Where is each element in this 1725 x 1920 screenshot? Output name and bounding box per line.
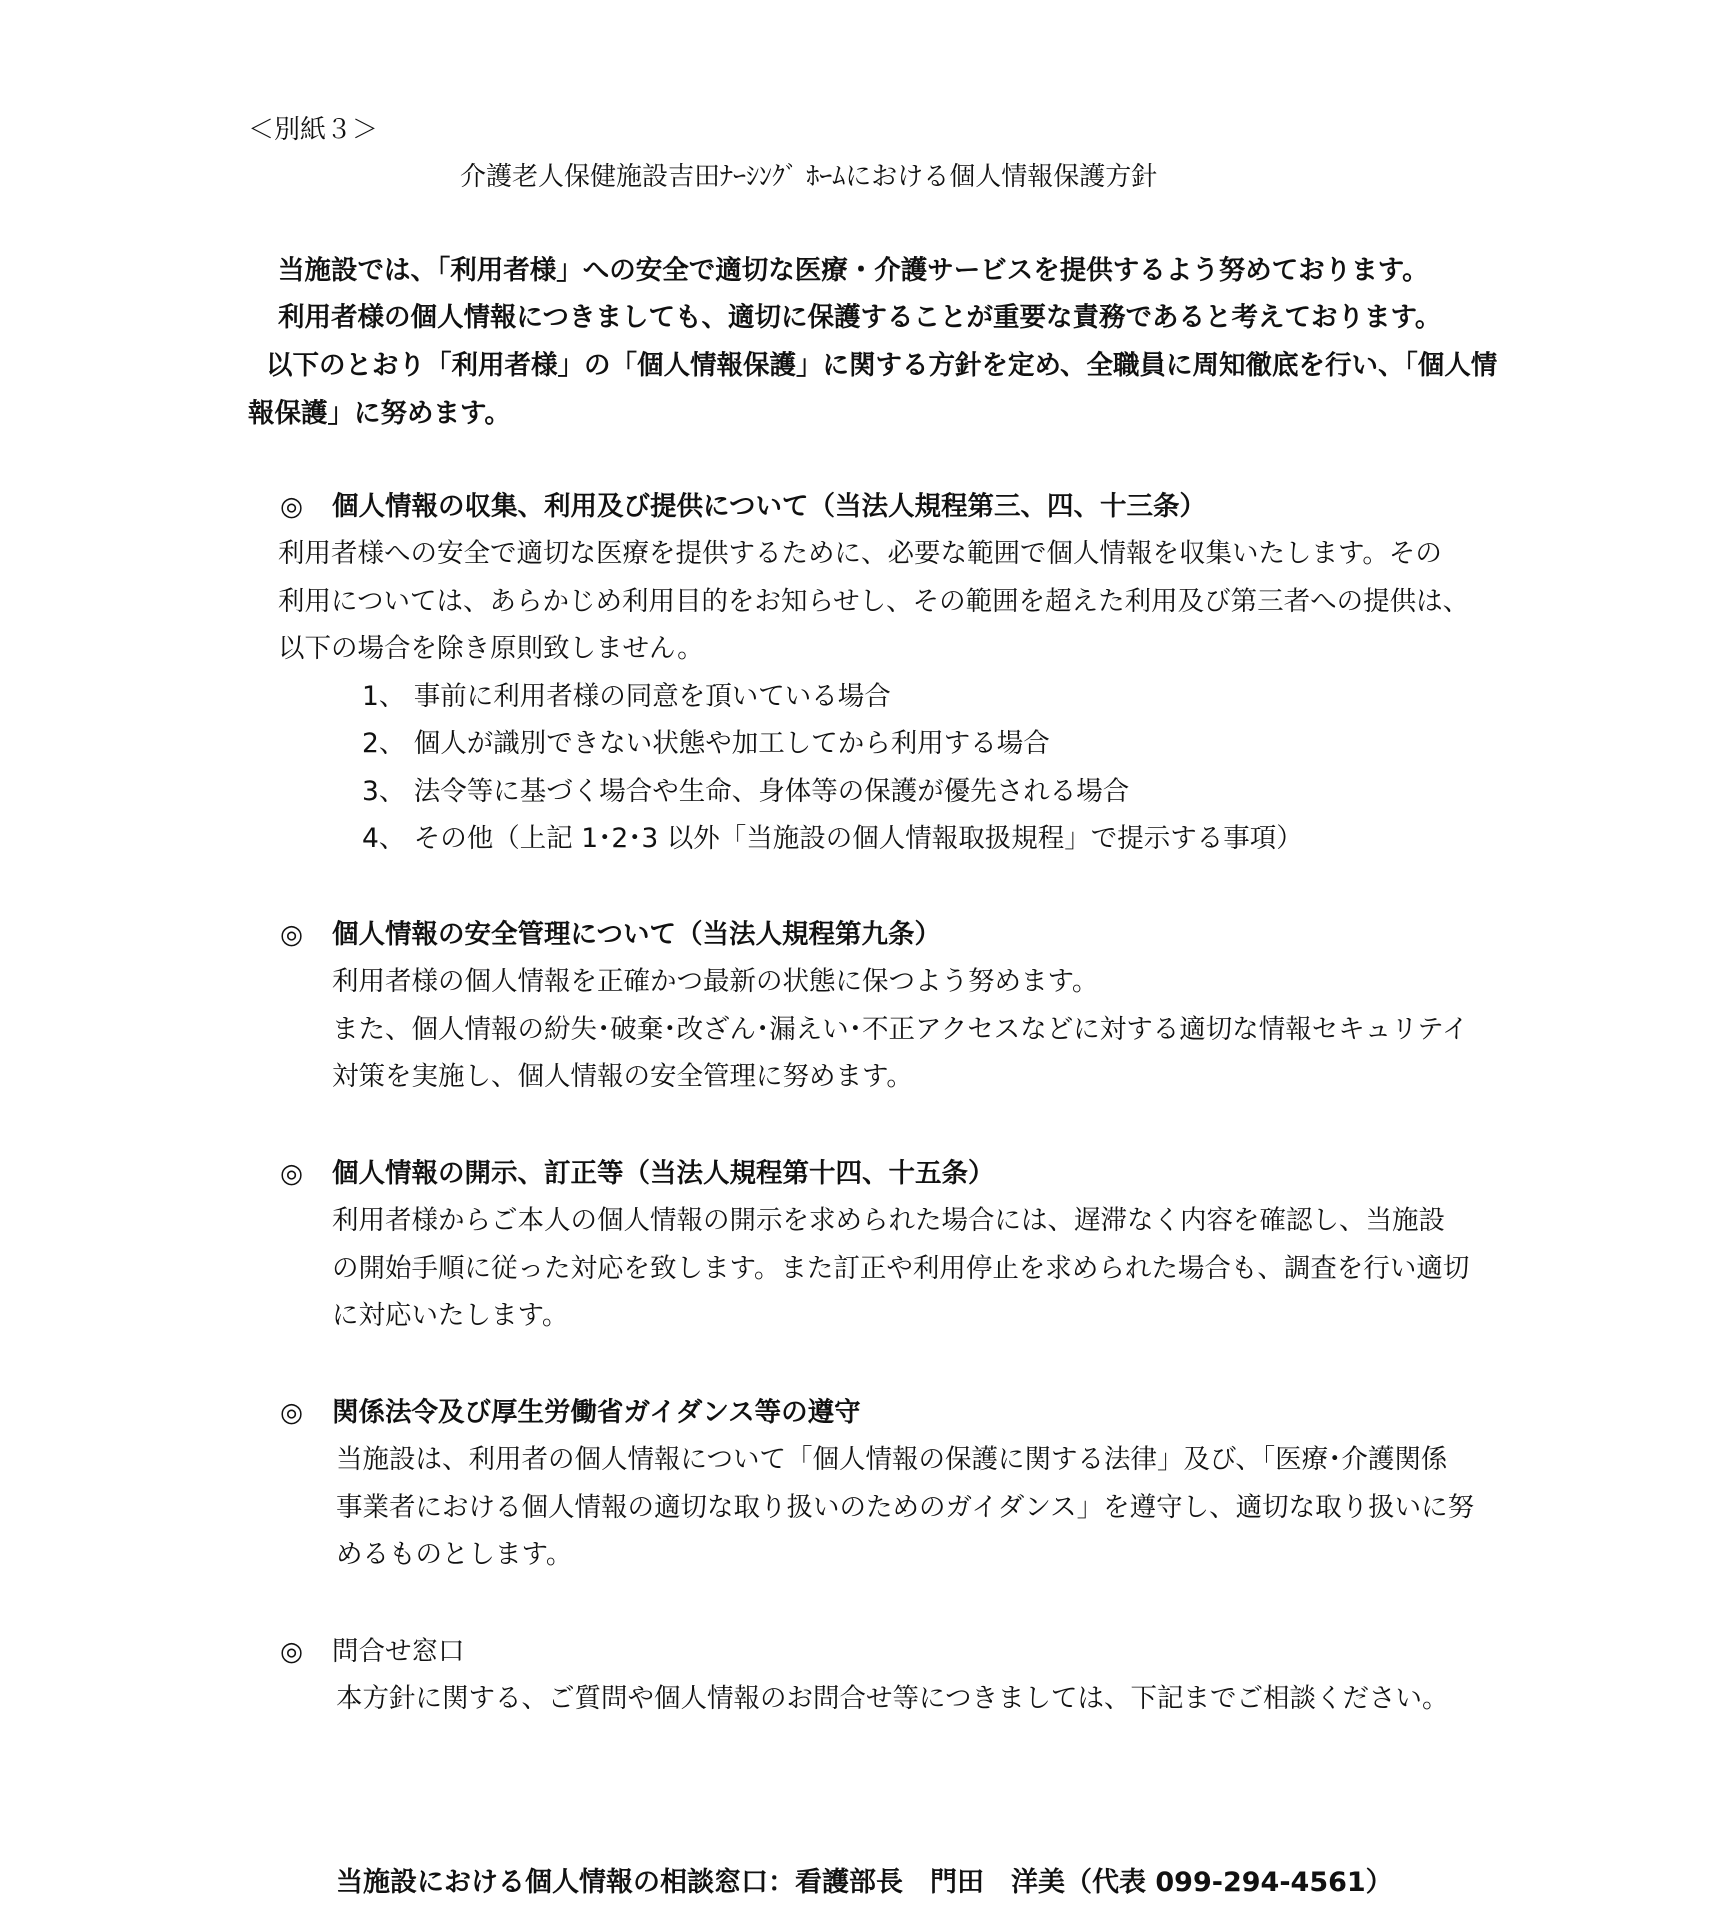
section-heading-compliance: ◎関係法令及び厚生労働省ガイダンス等の遵守 xyxy=(280,1396,861,1430)
list-item-3: 3、 法令等に基づく場合や生命、身体等の保護が優先される場合 xyxy=(362,775,1129,809)
footer-contact: 当施設における個人情報の相談窓口：看護部長 門田 洋美（代表 099-294-4… xyxy=(336,1866,1393,1900)
double-circle-icon: ◎ xyxy=(280,918,332,952)
double-circle-icon: ◎ xyxy=(280,1635,332,1669)
intro-line-2: 利用者様の個人情報につきましても、適切に保護することが重要な責務であると考えてお… xyxy=(278,301,1441,335)
section-4-body-line-1: 当施設は、利用者の個人情報について「個人情報の保護に関する法律」及び、「医療･介… xyxy=(336,1443,1447,1477)
section-2-body-line-3: 対策を実施し、個人情報の安全管理に努めます。 xyxy=(332,1060,913,1094)
section-2-body-line-2: また、個人情報の紛失･破棄･改ざん･漏えい･不正アクセスなどに対する適切な情報セ… xyxy=(332,1013,1468,1047)
section-4-body-line-2: 事業者における個人情報の適切な取り扱いのためのガイダンス」を遵守し、適切な取り扱… xyxy=(336,1491,1474,1525)
section-2-body-line-1: 利用者様の個人情報を正確かつ最新の状態に保つよう努めます。 xyxy=(332,965,1098,999)
section-1-body-line-2: 利用については、あらかじめ利用目的をお知らせし、その範囲を超えた利用及び第三者へ… xyxy=(278,585,1469,619)
double-circle-icon: ◎ xyxy=(280,1157,332,1191)
section-3-body-line-2: の開始手順に従った対応を致します。また訂正や利用停止を求められた場合も、調査を行… xyxy=(332,1252,1469,1286)
attachment-label: ＜別紙３＞ xyxy=(248,113,378,147)
document-title: 介護老人保健施設吉田ﾅｰｼﾝｸﾞ ﾎｰﾑにおける個人情報保護方針 xyxy=(460,160,1157,194)
section-5-body-line-1: 本方針に関する、ご質問や個人情報のお問合せ等につきましては、下記までご相談くださ… xyxy=(336,1682,1448,1716)
double-circle-icon: ◎ xyxy=(280,1396,332,1430)
section-heading-inquiry: ◎問合せ窓口 xyxy=(280,1635,465,1669)
section-3-body-line-3: に対応いたします。 xyxy=(332,1299,568,1333)
section-1-body-line-1: 利用者様への安全で適切な医療を提供するために、必要な範囲で個人情報を収集いたしま… xyxy=(278,537,1442,571)
section-heading-collection: ◎個人情報の収集、利用及び提供について（当法人規程第三、四、十三条） xyxy=(280,490,1206,524)
section-heading-disclosure: ◎個人情報の開示、訂正等（当法人規程第十四、十五条） xyxy=(280,1157,995,1191)
section-3-body-line-1: 利用者様からご本人の個人情報の開示を求められた場合には、遅滞なく内容を確認し、当… xyxy=(332,1204,1445,1238)
section-heading-security: ◎個人情報の安全管理について（当法人規程第九条） xyxy=(280,918,941,952)
list-item-2: 2、 個人が識別できない状態や加工してから利用する場合 xyxy=(362,727,1050,761)
list-item-4: 4、 その他（上記 1･2･3 以外「当施設の個人情報取扱規程」で提示する事項） xyxy=(362,822,1303,856)
double-circle-icon: ◎ xyxy=(280,490,332,524)
document-page: ＜別紙３＞ 介護老人保健施設吉田ﾅｰｼﾝｸﾞ ﾎｰﾑにおける個人情報保護方針 当… xyxy=(0,0,1725,1920)
section-1-body-line-3: 以下の場合を除き原則致しません。 xyxy=(278,632,704,666)
intro-line-3: 以下のとおり「利用者様」の「個人情報保護」に関する方針を定め、全職員に周知徹底を… xyxy=(266,349,1497,383)
intro-line-4: 報保護」に努めます。 xyxy=(248,397,511,431)
intro-line-1: 当施設では、「利用者様」への安全で適切な医療・介護サービスを提供するよう努めてお… xyxy=(278,254,1429,288)
list-item-1: 1、 事前に利用者様の同意を頂いている場合 xyxy=(362,680,891,714)
section-4-body-line-3: めるものとします。 xyxy=(336,1538,572,1572)
